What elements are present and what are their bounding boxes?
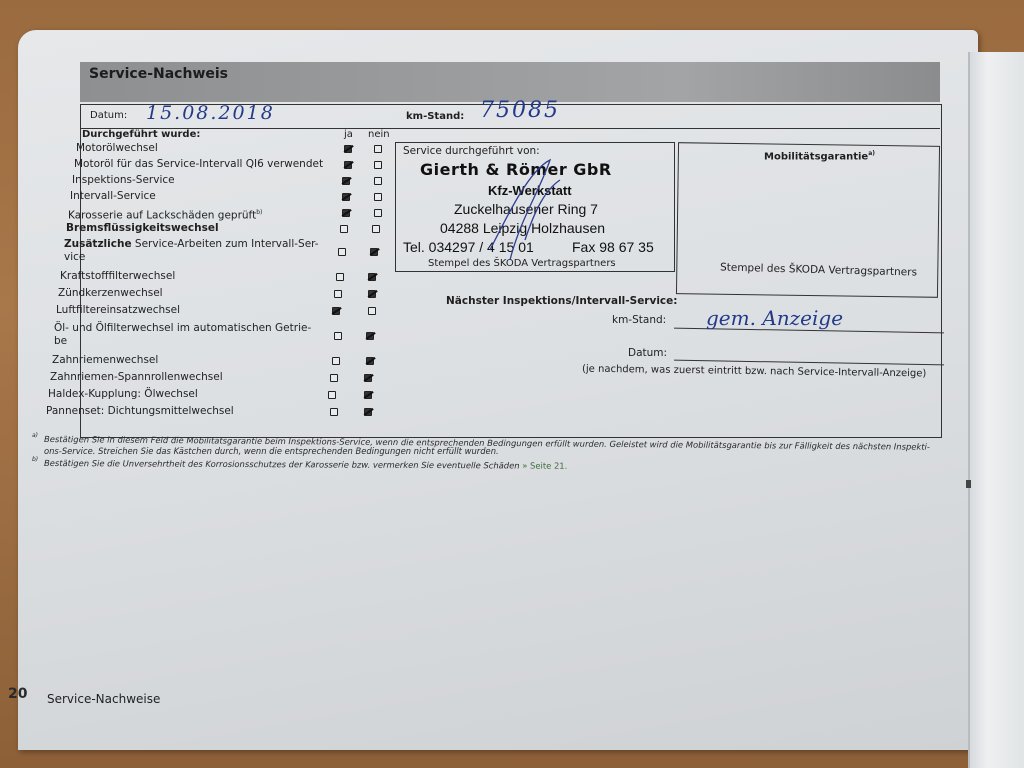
next-date-label: Datum: xyxy=(628,347,667,359)
mobility-label: Mobilitätsgarantiea) xyxy=(764,150,875,162)
col-no-header: nein xyxy=(368,129,390,140)
page-marker xyxy=(966,480,971,488)
service-item-label: Kraftstofffilterwechsel xyxy=(60,270,175,283)
checkbox-no[interactable] xyxy=(374,193,382,201)
facing-page-edge xyxy=(968,52,1024,768)
checkbox-no[interactable] xyxy=(374,209,382,217)
checkbox-yes[interactable] xyxy=(328,391,336,399)
next-km-label: km-Stand: xyxy=(612,314,666,326)
section-header: Service-Nachweis xyxy=(80,62,940,102)
checkbox-yes[interactable] xyxy=(330,374,338,382)
col-yes-header: ja xyxy=(344,129,353,140)
footnote-b-marker: b) xyxy=(32,456,38,463)
checkbox-no[interactable] xyxy=(368,307,376,315)
km-value[interactable]: 75085 xyxy=(480,98,560,123)
page-link[interactable]: » Seite 21. xyxy=(522,461,567,471)
checkbox-no[interactable] xyxy=(370,248,378,256)
checkbox-no[interactable] xyxy=(364,374,372,382)
checkbox-yes[interactable] xyxy=(342,209,350,217)
checkbox-yes[interactable] xyxy=(342,193,350,201)
checkbox-yes[interactable] xyxy=(334,290,342,298)
footer-section: Service-Nachweise xyxy=(47,692,160,706)
checkbox-no[interactable] xyxy=(374,161,382,169)
service-item-label: Pannenset: Dichtungsmittelwechsel xyxy=(46,405,234,418)
checkbox-yes[interactable] xyxy=(340,225,348,233)
page-number: 20 xyxy=(8,686,27,702)
checkbox-yes[interactable] xyxy=(344,145,352,153)
checkbox-yes[interactable] xyxy=(334,332,342,340)
service-item-label: Karosserie auf Lackschäden geprüftb) xyxy=(68,206,262,223)
checkbox-yes[interactable] xyxy=(332,307,340,315)
service-item-label: Motorölwechsel xyxy=(76,142,158,155)
service-item-label: Zahnriemenwechsel xyxy=(52,354,158,367)
checkbox-yes[interactable] xyxy=(332,357,340,365)
service-item-label: Bremsflüssigkeitswechsel xyxy=(66,222,219,235)
checkbox-yes[interactable] xyxy=(336,273,344,281)
performed-label: Durchgeführt wurde: xyxy=(82,129,200,140)
checkbox-no[interactable] xyxy=(364,408,372,416)
checkbox-no[interactable] xyxy=(368,290,376,298)
checkbox-no[interactable] xyxy=(374,177,382,185)
next-km-value[interactable]: gem. Anzeige xyxy=(706,306,843,330)
checkbox-no[interactable] xyxy=(366,357,374,365)
km-label: km-Stand: xyxy=(406,111,464,122)
service-item-label: Öl- und Ölfilterwechsel im automatischen… xyxy=(54,322,311,348)
checkbox-no[interactable] xyxy=(364,391,372,399)
checkbox-yes[interactable] xyxy=(330,408,338,416)
date-label: Datum: xyxy=(90,110,127,121)
service-item-label: Luftfiltereinsatzwechsel xyxy=(56,304,180,317)
checkbox-no[interactable] xyxy=(368,273,376,281)
checkbox-no[interactable] xyxy=(366,332,374,340)
next-service-label: Nächster Inspektions/Intervall-Service: xyxy=(446,295,677,307)
date-value[interactable]: 15.08.2018 xyxy=(146,102,275,124)
footnote-a-line2: ons-Service. Streichen Sie das Kästchen … xyxy=(44,446,499,456)
signature-scribble xyxy=(470,150,590,270)
checkbox-no[interactable] xyxy=(372,225,380,233)
footnote-a-marker: a) xyxy=(32,432,38,439)
service-item-label: Zündkerzenwechsel xyxy=(58,287,163,300)
service-item-label: Haldex-Kupplung: Ölwechsel xyxy=(48,388,198,401)
service-item-label: Motoröl für das Service-Intervall QI6 ve… xyxy=(74,158,323,171)
service-item-label: Zahnriemen-Spannrollenwechsel xyxy=(50,371,223,384)
checkbox-yes[interactable] xyxy=(342,177,350,185)
checkbox-no[interactable] xyxy=(374,145,382,153)
section-title: Service-Nachweis xyxy=(89,66,228,82)
checkbox-yes[interactable] xyxy=(344,161,352,169)
service-item-label: Inspektions-Service xyxy=(72,174,175,187)
service-item-label: Intervall-Service xyxy=(70,190,156,203)
checkbox-yes[interactable] xyxy=(338,248,346,256)
service-item-label: Zusätzliche Service-Arbeiten zum Interva… xyxy=(64,238,319,264)
